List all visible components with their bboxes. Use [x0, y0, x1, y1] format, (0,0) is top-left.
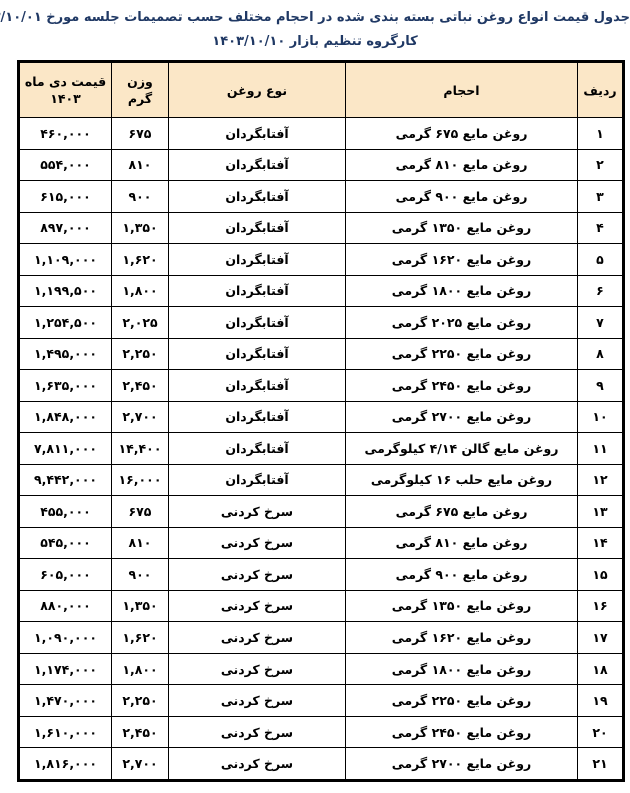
cell-price: ۵۵۴,۰۰۰ — [19, 149, 112, 181]
cell-weight: ۱۴,۴۰۰ — [112, 433, 169, 465]
cell-type: آفتابگردان — [169, 338, 346, 370]
table-row: ۱۴روغن مایع ۸۱۰ گرمیسرخ کردنی۸۱۰۵۴۵,۰۰۰ — [19, 527, 624, 559]
cell-price: ۱,۱۹۹,۵۰۰ — [19, 275, 112, 307]
cell-type: سرخ کردنی — [169, 748, 346, 781]
header-oil-type: نوع روغن — [169, 62, 346, 118]
cell-no: ۱۳ — [578, 496, 624, 528]
cell-type: سرخ کردنی — [169, 590, 346, 622]
cell-price: ۱,۲۵۴,۵۰۰ — [19, 307, 112, 339]
cell-weight: ۲,۲۵۰ — [112, 685, 169, 717]
cell-no: ۱۰ — [578, 401, 624, 433]
cell-weight: ۱,۶۲۰ — [112, 622, 169, 654]
cell-weight: ۲,۰۲۵ — [112, 307, 169, 339]
table-row: ۱۱روغن مایع گالن ۴/۱۴ کیلوگرمیآفتابگردان… — [19, 433, 624, 465]
cell-type: آفتابگردان — [169, 118, 346, 150]
cell-weight: ۱,۶۲۰ — [112, 244, 169, 276]
cell-weight: ۱,۸۰۰ — [112, 275, 169, 307]
cell-volume: روغن مایع ۶۷۵ گرمی — [346, 496, 578, 528]
cell-no: ۱۲ — [578, 464, 624, 496]
table-row: ۱۰روغن مایع ۲۷۰۰ گرمیآفتابگردان۲,۷۰۰۱,۸۴… — [19, 401, 624, 433]
header-row-number: ردیف — [578, 62, 624, 118]
cell-no: ۱۹ — [578, 685, 624, 717]
cell-price: ۱,۱۰۹,۰۰۰ — [19, 244, 112, 276]
cell-weight: ۸۱۰ — [112, 149, 169, 181]
cell-no: ۱۶ — [578, 590, 624, 622]
cell-weight: ۱,۳۵۰ — [112, 590, 169, 622]
cell-weight: ۲,۷۰۰ — [112, 401, 169, 433]
cell-type: آفتابگردان — [169, 464, 346, 496]
document-page: جدول قیمت انواع روغن نباتی بسته بندی شده… — [0, 0, 630, 793]
cell-type: سرخ کردنی — [169, 716, 346, 748]
cell-volume: روغن مایع ۹۰۰ گرمی — [346, 181, 578, 213]
cell-price: ۱,۴۷۰,۰۰۰ — [19, 685, 112, 717]
cell-weight: ۱۶,۰۰۰ — [112, 464, 169, 496]
cell-price: ۱,۸۱۶,۰۰۰ — [19, 748, 112, 781]
cell-weight: ۲,۷۰۰ — [112, 748, 169, 781]
cell-volume: روغن مایع ۱۶۲۰ گرمی — [346, 622, 578, 654]
cell-price: ۱,۴۹۵,۰۰۰ — [19, 338, 112, 370]
cell-volume: روغن مایع ۲۴۵۰ گرمی — [346, 370, 578, 402]
cell-price: ۵۴۵,۰۰۰ — [19, 527, 112, 559]
cell-volume: روغن مایع گالن ۴/۱۴ کیلوگرمی — [346, 433, 578, 465]
oil-price-table: ردیف احجام نوع روغن وزن گرم قیمت دی ماه … — [17, 60, 625, 782]
cell-weight: ۲,۴۵۰ — [112, 716, 169, 748]
cell-volume: روغن مایع ۲۷۰۰ گرمی — [346, 748, 578, 781]
table-row: ۲روغن مایع ۸۱۰ گرمیآفتابگردان۸۱۰۵۵۴,۰۰۰ — [19, 149, 624, 181]
cell-type: سرخ کردنی — [169, 496, 346, 528]
table-row: ۷روغن مایع ۲۰۲۵ گرمیآفتابگردان۲,۰۲۵۱,۲۵۴… — [19, 307, 624, 339]
header-weight-grams: وزن گرم — [112, 62, 169, 118]
cell-volume: روغن مایع ۱۸۰۰ گرمی — [346, 275, 578, 307]
cell-no: ۱۵ — [578, 559, 624, 591]
table-row: ۵روغن مایع ۱۶۲۰ گرمیآفتابگردان۱,۶۲۰۱,۱۰۹… — [19, 244, 624, 276]
table-row: ۲۰روغن مایع ۲۴۵۰ گرمیسرخ کردنی۲,۴۵۰۱,۶۱۰… — [19, 716, 624, 748]
cell-type: آفتابگردان — [169, 244, 346, 276]
cell-price: ۴۶۰,۰۰۰ — [19, 118, 112, 150]
cell-type: آفتابگردان — [169, 149, 346, 181]
cell-type: سرخ کردنی — [169, 527, 346, 559]
cell-weight: ۹۰۰ — [112, 559, 169, 591]
table-row: ۹روغن مایع ۲۴۵۰ گرمیآفتابگردان۲,۴۵۰۱,۶۳۵… — [19, 370, 624, 402]
cell-no: ۹ — [578, 370, 624, 402]
cell-weight: ۲,۴۵۰ — [112, 370, 169, 402]
table-row: ۱۷روغن مایع ۱۶۲۰ گرمیسرخ کردنی۱,۶۲۰۱,۰۹۰… — [19, 622, 624, 654]
cell-type: سرخ کردنی — [169, 622, 346, 654]
cell-no: ۲۰ — [578, 716, 624, 748]
cell-weight: ۲,۲۵۰ — [112, 338, 169, 370]
table-row: ۱۶روغن مایع ۱۳۵۰ گرمیسرخ کردنی۱,۳۵۰۸۸۰,۰… — [19, 590, 624, 622]
cell-price: ۸۹۷,۰۰۰ — [19, 212, 112, 244]
header-volume: احجام — [346, 62, 578, 118]
table-row: ۱۵روغن مایع ۹۰۰ گرمیسرخ کردنی۹۰۰۶۰۵,۰۰۰ — [19, 559, 624, 591]
cell-price: ۱,۶۳۵,۰۰۰ — [19, 370, 112, 402]
cell-no: ۳ — [578, 181, 624, 213]
cell-price: ۶۰۵,۰۰۰ — [19, 559, 112, 591]
cell-volume: روغن مایع ۸۱۰ گرمی — [346, 527, 578, 559]
cell-price: ۶۱۵,۰۰۰ — [19, 181, 112, 213]
cell-no: ۸ — [578, 338, 624, 370]
cell-no: ۶ — [578, 275, 624, 307]
cell-weight: ۱,۸۰۰ — [112, 653, 169, 685]
cell-type: سرخ کردنی — [169, 559, 346, 591]
cell-volume: روغن مایع ۶۷۵ گرمی — [346, 118, 578, 150]
table-row: ۱روغن مایع ۶۷۵ گرمیآفتابگردان۶۷۵۴۶۰,۰۰۰ — [19, 118, 624, 150]
cell-weight: ۸۱۰ — [112, 527, 169, 559]
cell-price: ۱,۱۷۴,۰۰۰ — [19, 653, 112, 685]
cell-volume: روغن مایع ۱۳۵۰ گرمی — [346, 212, 578, 244]
cell-volume: روغن مایع ۲۰۲۵ گرمی — [346, 307, 578, 339]
cell-weight: ۹۰۰ — [112, 181, 169, 213]
cell-volume: روغن مایع ۱۶۲۰ گرمی — [346, 244, 578, 276]
document-title-line1: جدول قیمت انواع روغن نباتی بسته بندی شده… — [0, 6, 630, 30]
cell-no: ۱۷ — [578, 622, 624, 654]
cell-no: ۲ — [578, 149, 624, 181]
cell-weight: ۱,۳۵۰ — [112, 212, 169, 244]
cell-type: آفتابگردان — [169, 212, 346, 244]
cell-type: آفتابگردان — [169, 370, 346, 402]
table-row: ۱۳روغن مایع ۶۷۵ گرمیسرخ کردنی۶۷۵۴۵۵,۰۰۰ — [19, 496, 624, 528]
table-row: ۳روغن مایع ۹۰۰ گرمیآفتابگردان۹۰۰۶۱۵,۰۰۰ — [19, 181, 624, 213]
table-header-row: ردیف احجام نوع روغن وزن گرم قیمت دی ماه … — [19, 62, 624, 118]
cell-volume: روغن مایع ۲۷۰۰ گرمی — [346, 401, 578, 433]
cell-no: ۱۸ — [578, 653, 624, 685]
cell-no: ۷ — [578, 307, 624, 339]
cell-volume: روغن مایع ۱۳۵۰ گرمی — [346, 590, 578, 622]
cell-no: ۱۱ — [578, 433, 624, 465]
table-row: ۱۹روغن مایع ۲۲۵۰ گرمیسرخ کردنی۲,۲۵۰۱,۴۷۰… — [19, 685, 624, 717]
cell-price: ۱,۶۱۰,۰۰۰ — [19, 716, 112, 748]
cell-price: ۷,۸۱۱,۰۰۰ — [19, 433, 112, 465]
cell-volume: روغن مایع ۲۲۵۰ گرمی — [346, 685, 578, 717]
cell-volume: روغن مایع ۹۰۰ گرمی — [346, 559, 578, 591]
header-price-dey-1403: قیمت دی ماه ۱۴۰۳ — [19, 62, 112, 118]
cell-volume: روغن مایع ۲۲۵۰ گرمی — [346, 338, 578, 370]
table-row: ۲۱روغن مایع ۲۷۰۰ گرمیسرخ کردنی۲,۷۰۰۱,۸۱۶… — [19, 748, 624, 781]
cell-price: ۱,۸۴۸,۰۰۰ — [19, 401, 112, 433]
cell-type: سرخ کردنی — [169, 685, 346, 717]
cell-volume: روغن مایع ۸۱۰ گرمی — [346, 149, 578, 181]
table-body: ۱روغن مایع ۶۷۵ گرمیآفتابگردان۶۷۵۴۶۰,۰۰۰۲… — [19, 118, 624, 781]
cell-no: ۴ — [578, 212, 624, 244]
cell-weight: ۶۷۵ — [112, 118, 169, 150]
table-row: ۶روغن مایع ۱۸۰۰ گرمیآفتابگردان۱,۸۰۰۱,۱۹۹… — [19, 275, 624, 307]
cell-volume: روغن مایع ۱۸۰۰ گرمی — [346, 653, 578, 685]
cell-type: آفتابگردان — [169, 307, 346, 339]
cell-price: ۹,۴۴۲,۰۰۰ — [19, 464, 112, 496]
table-row: ۱۸روغن مایع ۱۸۰۰ گرمیسرخ کردنی۱,۸۰۰۱,۱۷۴… — [19, 653, 624, 685]
cell-volume: روغن مایع حلب ۱۶ کیلوگرمی — [346, 464, 578, 496]
table-row: ۱۲روغن مایع حلب ۱۶ کیلوگرمیآفتابگردان۱۶,… — [19, 464, 624, 496]
cell-weight: ۶۷۵ — [112, 496, 169, 528]
cell-no: ۵ — [578, 244, 624, 276]
document-title: جدول قیمت انواع روغن نباتی بسته بندی شده… — [0, 0, 630, 54]
document-title-line2: کارگروه تنظیم بازار ۱۴۰۳/۱۰/۱۰ — [0, 30, 630, 54]
cell-type: آفتابگردان — [169, 275, 346, 307]
table-row: ۸روغن مایع ۲۲۵۰ گرمیآفتابگردان۲,۲۵۰۱,۴۹۵… — [19, 338, 624, 370]
cell-price: ۴۵۵,۰۰۰ — [19, 496, 112, 528]
cell-no: ۲۱ — [578, 748, 624, 781]
table-header: ردیف احجام نوع روغن وزن گرم قیمت دی ماه … — [19, 62, 624, 118]
cell-volume: روغن مایع ۲۴۵۰ گرمی — [346, 716, 578, 748]
table-row: ۴روغن مایع ۱۳۵۰ گرمیآفتابگردان۱,۳۵۰۸۹۷,۰… — [19, 212, 624, 244]
cell-type: آفتابگردان — [169, 401, 346, 433]
cell-type: آفتابگردان — [169, 433, 346, 465]
cell-type: سرخ کردنی — [169, 653, 346, 685]
cell-type: آفتابگردان — [169, 181, 346, 213]
cell-price: ۱,۰۹۰,۰۰۰ — [19, 622, 112, 654]
cell-no: ۱ — [578, 118, 624, 150]
cell-no: ۱۴ — [578, 527, 624, 559]
cell-price: ۸۸۰,۰۰۰ — [19, 590, 112, 622]
